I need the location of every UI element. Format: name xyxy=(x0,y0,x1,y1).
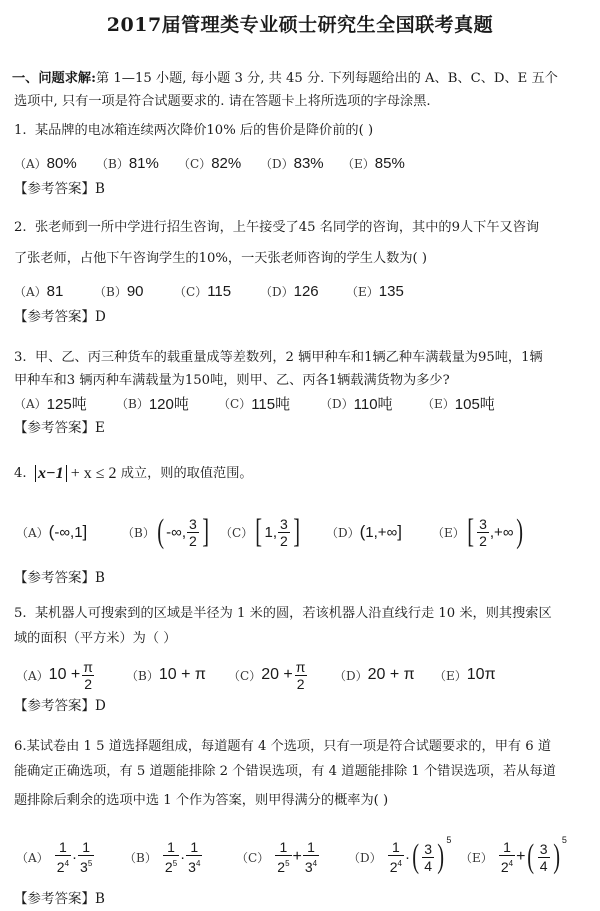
question-text: 某机器人可搜索到的区域是半径为 1 米的圆，若该机器人沿直线行走 10 米，则其… xyxy=(35,606,552,621)
answer-prefix: 【参考答案】 xyxy=(14,698,95,714)
power-base: 2 xyxy=(277,859,285,875)
option-label: （B） xyxy=(126,667,159,684)
option-value: 80% xyxy=(47,155,77,172)
option-value: 115 xyxy=(207,283,231,300)
option-label: （D） xyxy=(320,395,354,412)
option-value: 90 xyxy=(127,283,144,300)
left-paren: ( xyxy=(528,840,535,874)
fraction-numerator: π xyxy=(294,659,308,675)
fraction-numerator: 1 xyxy=(57,839,69,855)
option-label: （B） xyxy=(96,155,129,172)
power-exponent: 5 xyxy=(173,859,177,868)
option-c[interactable]: （C） 125 + 134 xyxy=(236,839,348,875)
question-text: 张老师到一所中学进行招生咨询，上午接受了45 名同学的咨询，其中的9人下午又咨询 xyxy=(35,220,539,235)
option-e[interactable]: （E）105吨 xyxy=(422,393,495,414)
option-value: 20 + π xyxy=(368,666,415,684)
option-label: （C） xyxy=(178,155,211,172)
fraction-numerator: 1 xyxy=(390,839,402,855)
question-5-options: （A） 10 + π2 （B） 10 + π （C） 20 + π2 （D） 2… xyxy=(16,655,496,695)
option-value: 81% xyxy=(129,155,159,172)
option-value: 125吨 xyxy=(47,393,87,414)
fraction-numerator: 1 xyxy=(80,839,92,855)
power-base: 2 xyxy=(501,859,509,875)
power-base: 2 xyxy=(57,859,65,875)
fraction-numerator: 1 xyxy=(305,839,317,855)
answer-5: 【参考答案】D xyxy=(14,694,106,714)
option-label: （E） xyxy=(342,155,375,172)
answer-3: 【参考答案】E xyxy=(14,416,105,436)
option-value: 85% xyxy=(375,155,405,172)
operator: · xyxy=(405,849,410,866)
option-b[interactable]: （B）81% xyxy=(96,155,178,172)
question-6-text-line1: 6.某试卷由 1 5 道选择题组成，每道题有 4 个选项，只有一项是符合试题要求… xyxy=(14,738,551,756)
option-value: 82% xyxy=(211,155,241,172)
option-label: （A） xyxy=(14,395,47,412)
option-e[interactable]: （E） 124 + (34)5 xyxy=(460,839,567,875)
answer-prefix: 【参考答案】 xyxy=(14,309,95,325)
question-text: 某试卷由 1 5 道选择题组成，每道题有 4 个选项，只有一项是符合试题要求的，… xyxy=(27,739,551,754)
option-d[interactable]: （D）83% xyxy=(260,155,342,172)
option-c[interactable]: （C）115吨 xyxy=(218,393,320,414)
answer-1: 【参考答案】B xyxy=(14,177,105,197)
option-a[interactable]: （A）80% xyxy=(14,155,96,172)
answer-value: D xyxy=(95,698,106,714)
right-bracket: ] xyxy=(293,515,300,549)
question-4-text: 4. x−1 + x ≤ 2 成立，则的取值范围。 xyxy=(14,465,253,483)
option-e[interactable]: （E） [ 32 ,+∞) xyxy=(432,515,525,549)
option-label: （C） xyxy=(220,524,253,541)
option-label: （D） xyxy=(260,155,294,172)
question-1-text: 1. 某品牌的电冰箱连续两次降价10% 后的售价是降价前的( ) xyxy=(14,122,373,140)
option-b[interactable]: （B） 10 + π xyxy=(126,666,228,684)
question-3-text-line1: 3. 甲、乙、丙三种货车的载重量成等差数列，2 辆甲种车和1辆乙种车满载量为95… xyxy=(14,349,543,367)
fraction-denominator: 2 xyxy=(278,532,290,549)
power-exponent: 4 xyxy=(313,859,317,868)
question-6-text-line3: 题排除后剩余的选项中选 1 个作为答案，则甲得满分的概率为( ) xyxy=(14,792,388,810)
option-b[interactable]: （B）120吨 xyxy=(116,393,218,414)
left-paren: ( xyxy=(412,840,419,874)
section-intro-line1: 一、问题求解:第 1—15 小题, 每小题 3 分, 共 45 分. 下列每题给… xyxy=(12,70,558,88)
question-number: 3. xyxy=(14,350,27,365)
power-exponent: 5 xyxy=(446,835,451,845)
option-label: （D） xyxy=(326,524,360,541)
fraction-numerator: 3 xyxy=(187,516,199,532)
option-value: 115吨 xyxy=(251,393,290,414)
answer-6: 【参考答案】B xyxy=(14,887,105,907)
fraction-numerator: 1 xyxy=(188,839,200,855)
option-value: 135 xyxy=(379,283,404,300)
fraction-denominator: 2 xyxy=(82,675,94,692)
inequality-formula: x−1 + x ≤ 2 xyxy=(35,465,117,483)
fraction-denominator: 2 xyxy=(295,675,307,692)
section-heading: 一、问题求解: xyxy=(12,71,96,86)
answer-value: B xyxy=(95,181,105,197)
option-label: （A） xyxy=(16,849,49,866)
answer-value: B xyxy=(95,891,105,907)
section-intro-text1: 第 1—15 小题, 每小题 3 分, 共 45 分. 下列每题给出的 A、B、… xyxy=(96,71,558,86)
interval-body: ,+∞ xyxy=(490,524,514,541)
question-3-options: （A）125吨 （B）120吨 （C）115吨 （D）110吨 （E）105吨 xyxy=(14,393,495,414)
page-title: 2017届管理类专业硕士研究生全国联考真题 xyxy=(0,10,600,37)
option-d[interactable]: （D）126 xyxy=(260,283,346,300)
fraction-denominator: 2 xyxy=(187,532,199,549)
option-c[interactable]: （C）115 xyxy=(174,283,260,300)
expression-prefix: 20 + xyxy=(261,666,293,684)
power-base: 2 xyxy=(165,859,173,875)
option-e[interactable]: （E）135 xyxy=(346,283,404,300)
right-paren: ) xyxy=(553,840,560,874)
option-label: （A） xyxy=(16,524,49,541)
option-label: （B） xyxy=(94,283,127,300)
question-6-text-line2: 能确定正确选项，有 5 道题能排除 2 个错误选项，有 4 道题能排除 1 个错… xyxy=(14,763,556,781)
interval-body: -∞,1 xyxy=(54,524,82,541)
option-b[interactable]: （B）90 xyxy=(94,283,174,300)
option-d[interactable]: （D） 124 · (34)5 xyxy=(348,839,460,875)
option-value: 110吨 xyxy=(354,393,393,414)
fraction-numerator: π xyxy=(81,659,95,675)
power-base: 3 xyxy=(188,859,196,875)
option-d[interactable]: （D） (1,+∞] xyxy=(326,522,432,542)
question-text: 甲、乙、丙三种货车的载重量成等差数列，2 辆甲种车和1辆乙种车满载量为95吨，1… xyxy=(35,350,543,365)
interval-body: -∞, xyxy=(166,524,186,541)
right-bracket: ) xyxy=(516,515,523,549)
question-6-options: （A） 124 · 135 （B） 125 · 134 （C） 125 + 13… xyxy=(16,835,567,879)
answer-4: 【参考答案】B xyxy=(14,566,105,586)
option-label: （A） xyxy=(14,155,47,172)
operator: + xyxy=(516,848,525,866)
question-number: 2. xyxy=(14,220,27,235)
question-number: 4. xyxy=(14,465,27,483)
option-label: （E） xyxy=(434,667,467,684)
option-b[interactable]: （B） (-∞, 32 ] xyxy=(122,515,220,549)
option-a[interactable]: （A）81 xyxy=(14,283,94,300)
abs-expression: x−1 xyxy=(38,465,64,482)
option-c[interactable]: （C） [1, 32 ] xyxy=(220,515,326,549)
operator: · xyxy=(180,849,185,866)
left-bracket: [ xyxy=(467,515,474,549)
option-value: 120吨 xyxy=(149,393,189,414)
power-exponent: 4 xyxy=(398,859,402,868)
fraction-denominator: 2 xyxy=(477,532,489,549)
fraction-numerator: 3 xyxy=(477,516,489,532)
option-value: 126 xyxy=(294,283,319,300)
fraction-denominator: 4 xyxy=(538,857,550,874)
question-5-text-line1: 5. 某机器人可搜索到的区域是半径为 1 米的圆，若该机器人沿直线行走 10 米… xyxy=(14,605,552,623)
option-d[interactable]: （D）110吨 xyxy=(320,393,422,414)
power-exponent: 4 xyxy=(509,859,513,868)
option-label: （D） xyxy=(334,667,368,684)
option-label: （D） xyxy=(348,849,382,866)
operator: + xyxy=(293,848,302,866)
answer-value: D xyxy=(95,309,106,325)
question-text: 成立，则的取值范围。 xyxy=(121,465,253,483)
left-bracket: [ xyxy=(255,515,262,549)
answer-prefix: 【参考答案】 xyxy=(14,181,95,197)
question-5-text-line2: 域的面积（平方米）为（ ） xyxy=(14,630,176,648)
operator: · xyxy=(72,849,77,866)
option-value: 83% xyxy=(294,155,324,172)
option-label: （A） xyxy=(16,667,49,684)
option-e[interactable]: （E） 10π xyxy=(434,666,496,684)
question-4-options: （A） (-∞,1] （B） (-∞, 32 ] （C） [1, 32 ] （D… xyxy=(16,510,525,554)
power-exponent: 5 xyxy=(285,859,289,868)
option-a[interactable]: （A） (-∞,1] xyxy=(16,522,122,542)
question-text: 某品牌的电冰箱连续两次降价10% 后的售价是降价前的( ) xyxy=(35,123,373,138)
answer-prefix: 【参考答案】 xyxy=(14,570,95,586)
right-bracket: ] xyxy=(83,522,88,542)
interval-body: 1, xyxy=(265,524,278,541)
question-2-text-line2: 了张老师，占他下午咨询学生的10%，一天张老师咨询的学生人数为( ) xyxy=(14,250,427,268)
option-label: （B） xyxy=(116,395,149,412)
option-label: （B） xyxy=(124,849,157,866)
right-paren: ) xyxy=(437,840,444,874)
option-value: 10π xyxy=(467,666,496,684)
fraction-denominator: 4 xyxy=(422,857,434,874)
question-number: 6. xyxy=(14,739,27,754)
expression-prefix: 10 + xyxy=(49,666,81,684)
power-base: 3 xyxy=(80,859,88,875)
option-value: 105吨 xyxy=(455,393,495,414)
option-a[interactable]: （A） 124 · 135 xyxy=(16,839,124,875)
fraction-numerator: 3 xyxy=(278,516,290,532)
power-base: 3 xyxy=(305,859,313,875)
option-label: （B） xyxy=(122,524,155,541)
option-label: （C） xyxy=(236,849,269,866)
option-label: （C） xyxy=(228,667,261,684)
answer-value: E xyxy=(95,420,105,436)
question-2-options: （A）81 （B）90 （C）115 （D）126 （E）135 xyxy=(14,283,404,300)
option-value: 81 xyxy=(47,283,64,300)
power-exponent: 5 xyxy=(88,859,92,868)
question-number: 5. xyxy=(14,606,27,621)
fraction-numerator: 1 xyxy=(278,839,290,855)
option-label: （C） xyxy=(218,395,251,412)
option-a[interactable]: （A）125吨 xyxy=(14,393,116,414)
option-e[interactable]: （E）85% xyxy=(342,155,405,172)
fraction-numerator: 3 xyxy=(422,841,434,857)
interval-body: 1,+∞ xyxy=(365,524,397,541)
option-a[interactable]: （A） 10 + π2 xyxy=(16,659,126,692)
right-bracket: ] xyxy=(202,515,209,549)
left-bracket: ( xyxy=(157,515,164,549)
power-base: 2 xyxy=(390,859,398,875)
question-2-text-line1: 2. 张老师到一所中学进行招生咨询，上午接受了45 名同学的咨询，其中的9人下午… xyxy=(14,219,539,237)
fraction-numerator: 1 xyxy=(501,839,513,855)
option-label: （E） xyxy=(460,849,493,866)
option-b[interactable]: （B） 125 · 134 xyxy=(124,839,236,875)
power-exponent: 4 xyxy=(65,859,69,868)
option-c[interactable]: （C） 20 + π2 xyxy=(228,659,334,692)
power-exponent: 5 xyxy=(562,835,567,845)
right-bracket: ] xyxy=(397,522,402,542)
power-exponent: 4 xyxy=(196,859,200,868)
option-label: （D） xyxy=(260,283,294,300)
option-label: （E） xyxy=(346,283,379,300)
option-label: （A） xyxy=(14,283,47,300)
answer-value: B xyxy=(95,570,105,586)
answer-2: 【参考答案】D xyxy=(14,305,106,325)
option-value: 10 + π xyxy=(159,666,206,684)
question-number: 1. xyxy=(14,123,27,138)
fraction-numerator: 1 xyxy=(165,839,177,855)
question-3-text-line2: 甲种车和3 辆丙种车满载量为150吨，则甲、乙、丙各1辆载满货物为多少? xyxy=(14,372,450,390)
answer-prefix: 【参考答案】 xyxy=(14,420,95,436)
answer-prefix: 【参考答案】 xyxy=(14,891,95,907)
option-c[interactable]: （C）82% xyxy=(178,155,260,172)
formula-rest: + x ≤ 2 xyxy=(71,465,117,482)
option-label: （E） xyxy=(422,395,455,412)
question-1-options: （A）80% （B）81% （C）82% （D）83% （E）85% xyxy=(14,155,405,172)
section-intro-line2: 选项中, 只有一项是符合试题要求的. 请在答题卡上将所选项的字母涂黑. xyxy=(14,93,431,111)
option-label: （C） xyxy=(174,283,207,300)
option-label: （E） xyxy=(432,524,465,541)
option-d[interactable]: （D） 20 + π xyxy=(334,666,434,684)
fraction-numerator: 3 xyxy=(538,841,550,857)
